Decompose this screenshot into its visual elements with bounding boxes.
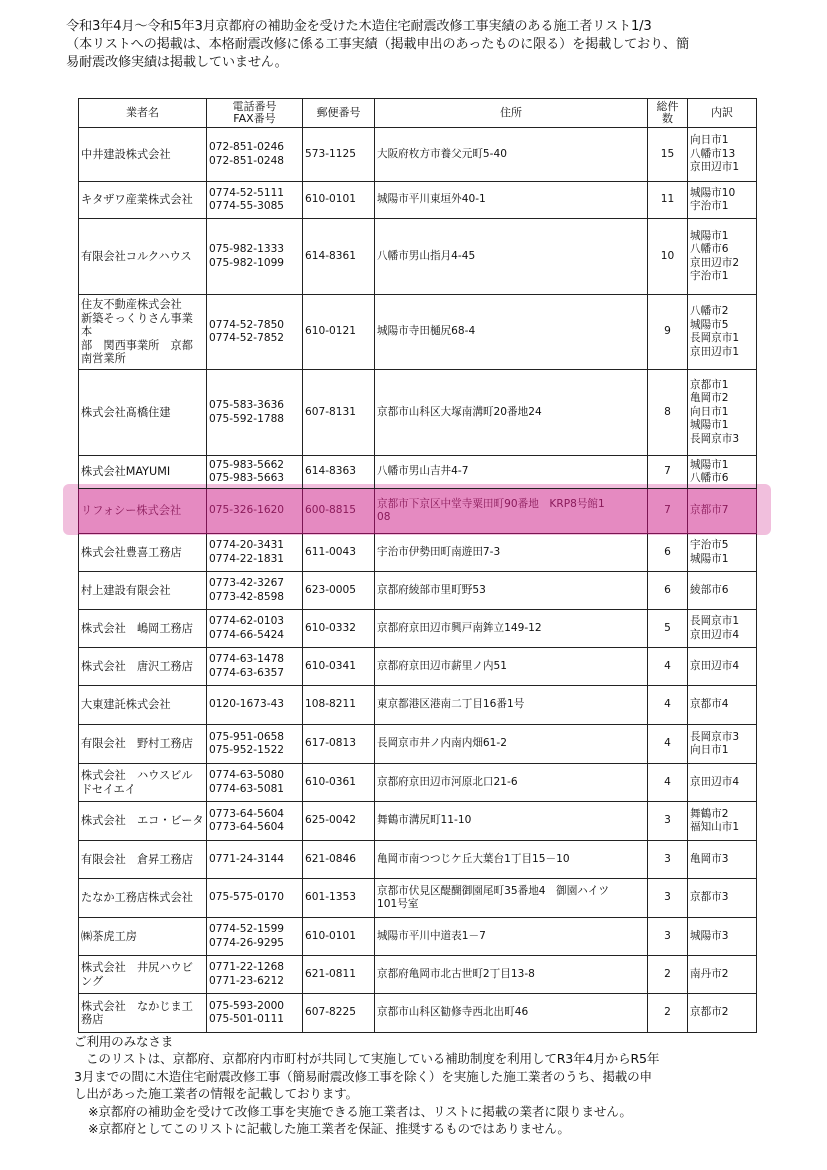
cell-breakdown: 長岡京市3向日市1 (688, 725, 757, 764)
cell-breakdown: 京都市1亀岡市2向日市1城陽市1長岡京市3 (688, 370, 757, 456)
cell-breakdown: 亀岡市3 (688, 841, 757, 879)
cell-company-name: 株式会社髙橋住建 (79, 370, 207, 456)
cell-postal-code: 621-0811 (303, 956, 375, 994)
cell-phone-fax: 075-593-2000075-501-0111 (207, 994, 303, 1033)
cell-postal-code: 610-0101 (303, 918, 375, 956)
cell-phone-fax: 0771-24-3144 (207, 841, 303, 879)
cell-total-count: 15 (648, 128, 688, 182)
contractor-table: 業者名 電話番号FAX番号 郵便番号 住所 総件数 内訳 中井建設株式会社072… (78, 98, 757, 1033)
cell-phone-fax: 0774-63-14780774-63-6357 (207, 648, 303, 686)
cell-company-name: たなか工務店株式会社 (79, 879, 207, 918)
cell-address: 長岡京市井ノ内南内畑61-2 (375, 725, 648, 764)
cell-company-name: 株式会社MAYUMI (79, 456, 207, 489)
cell-company-name: キタザワ産業株式会社 (79, 182, 207, 219)
cell-company-name: 株式会社 井尻ハウビング (79, 956, 207, 994)
cell-address: 舞鶴市溝尻町11-10 (375, 802, 648, 841)
cell-company-name: 株式会社 なかじま工務店 (79, 994, 207, 1033)
cell-total-count: 3 (648, 879, 688, 918)
cell-company-name: 大東建託株式会社 (79, 686, 207, 725)
cell-company-name: ㈱茶虎工房 (79, 918, 207, 956)
cell-company-name: 村上建設有限会社 (79, 572, 207, 610)
cell-breakdown: 京都市4 (688, 686, 757, 725)
table-row: 株式会社 ハウスビルドセイエイ0774-63-50800774-63-50816… (79, 764, 757, 802)
cell-postal-code: 614-8363 (303, 456, 375, 489)
cell-phone-fax: 075-583-3636075-592-1788 (207, 370, 303, 456)
cell-breakdown: 綾部市6 (688, 572, 757, 610)
title-line-1: 令和3年4月～令和5年3月京都府の補助金を受けた木造住宅耐震改修工事実績のある施… (66, 18, 766, 36)
cell-breakdown: 京田辺市4 (688, 764, 757, 802)
title-line-2: （本リストへの掲載は、本格耐震改修に係る工事実績（掲載申出のあったものに限る）を… (66, 36, 766, 54)
cell-phone-fax: 075-982-1333075-982-1099 (207, 219, 303, 295)
cell-postal-code: 601-1353 (303, 879, 375, 918)
cell-phone-fax: 075-575-0170 (207, 879, 303, 918)
cell-address: 城陽市平川東垣外40-1 (375, 182, 648, 219)
header-postal: 郵便番号 (303, 99, 375, 128)
table-row: 株式会社 嶋岡工務店0774-62-01030774-66-5424610-03… (79, 610, 757, 648)
table-row: 有限会社 倉昇工務店0771-24-3144621-0846亀岡市南つつじケ丘大… (79, 841, 757, 879)
notes-section: ご利用のみなさま このリストは、京都府、京都府内市町村が共同して実施している補助… (74, 1033, 794, 1137)
table-row: 株式会社髙橋住建075-583-3636075-592-1788607-8131… (79, 370, 757, 456)
notes-heading: ご利用のみなさま (74, 1033, 794, 1050)
cell-address: 城陽市平川中道表1－7 (375, 918, 648, 956)
cell-phone-fax: 0771-22-12680771-23-6212 (207, 956, 303, 994)
cell-total-count: 10 (648, 219, 688, 295)
cell-company-name: リフォシー株式会社 (79, 489, 207, 534)
cell-phone-fax: 075-983-5662075-983-5663 (207, 456, 303, 489)
cell-total-count: 4 (648, 686, 688, 725)
cell-postal-code: 610-0101 (303, 182, 375, 219)
document-title: 令和3年4月～令和5年3月京都府の補助金を受けた木造住宅耐震改修工事実績のある施… (66, 18, 766, 72)
table-row: 株式会社 エコ・ビータ0773-64-56040773-64-5604625-0… (79, 802, 757, 841)
cell-phone-fax: 0774-52-15990774-26-9295 (207, 918, 303, 956)
cell-breakdown: 城陽市10宇治市1 (688, 182, 757, 219)
table-header-row: 業者名 電話番号FAX番号 郵便番号 住所 総件数 内訳 (79, 99, 757, 128)
cell-total-count: 2 (648, 994, 688, 1033)
cell-company-name: 有限会社 倉昇工務店 (79, 841, 207, 879)
cell-postal-code: 573-1125 (303, 128, 375, 182)
notes-body-line-2: 3月までの間に木造住宅耐震改修工事（簡易耐震改修工事を除く）を実施した施工業者の… (74, 1068, 794, 1085)
cell-company-name: 株式会社 唐沢工務店 (79, 648, 207, 686)
cell-address: 大阪府枚方市養父元町5-40 (375, 128, 648, 182)
cell-breakdown: 京都市7 (688, 489, 757, 534)
header-address: 住所 (375, 99, 648, 128)
cell-phone-fax: 0774-62-01030774-66-5424 (207, 610, 303, 648)
cell-breakdown: 京田辺市4 (688, 648, 757, 686)
table-row: たなか工務店株式会社075-575-0170601-1353京都市伏見区醍醐御園… (79, 879, 757, 918)
cell-address: 京都市山科区勧修寺西北出町46 (375, 994, 648, 1033)
cell-postal-code: 600-8815 (303, 489, 375, 534)
cell-breakdown: 城陽市1八幡市6 (688, 456, 757, 489)
cell-phone-fax: 0774-20-34310774-22-1831 (207, 534, 303, 572)
cell-postal-code: 610-0332 (303, 610, 375, 648)
table-row: 株式会社 なかじま工務店075-593-2000075-501-0111607-… (79, 994, 757, 1033)
cell-phone-fax: 075-326-1620 (207, 489, 303, 534)
cell-total-count: 5 (648, 610, 688, 648)
cell-total-count: 7 (648, 489, 688, 534)
cell-company-name: 中井建設株式会社 (79, 128, 207, 182)
cell-phone-fax: 0774-63-50800774-63-5081 (207, 764, 303, 802)
cell-address: 京都市伏見区醍醐御園尾町35番地4 御園ハイツ101号室 (375, 879, 648, 918)
table-row: 中井建設株式会社072-851-0246072-851-0248573-1125… (79, 128, 757, 182)
notes-body-line-3: し出があった施工業者の情報を記載しております。 (74, 1085, 794, 1102)
cell-address: 京都府京田辺市薪里ノ内51 (375, 648, 648, 686)
cell-address: 八幡市男山吉井4-7 (375, 456, 648, 489)
cell-postal-code: 108-8211 (303, 686, 375, 725)
cell-company-name: 株式会社 エコ・ビータ (79, 802, 207, 841)
table-row: リフォシー株式会社075-326-1620600-8815京都市下京区中堂寺粟田… (79, 489, 757, 534)
table-row: キタザワ産業株式会社0774-52-51110774-55-3085610-01… (79, 182, 757, 219)
cell-address: 京都府亀岡市北古世町2丁目13-8 (375, 956, 648, 994)
title-line-3: 易耐震改修実績は掲載していません。 (66, 54, 766, 72)
cell-breakdown: 京都市3 (688, 879, 757, 918)
cell-phone-fax: 075-951-0658075-952-1522 (207, 725, 303, 764)
cell-total-count: 4 (648, 764, 688, 802)
notes-remark-1: ※京都府の補助金を受けて改修工事を実施できる施工業者は、リストに掲載の業者に限り… (74, 1103, 794, 1120)
table-row: 大東建託株式会社0120-1673-43108-8211東京都港区港南二丁目16… (79, 686, 757, 725)
cell-breakdown: 城陽市3 (688, 918, 757, 956)
cell-total-count: 8 (648, 370, 688, 456)
table-row: 株式会社MAYUMI075-983-5662075-983-5663614-83… (79, 456, 757, 489)
cell-address: 亀岡市南つつじケ丘大葉台1丁目15－10 (375, 841, 648, 879)
header-phone: 電話番号FAX番号 (207, 99, 303, 128)
cell-address: 東京都港区港南二丁目16番1号 (375, 686, 648, 725)
cell-company-name: 有限会社 野村工務店 (79, 725, 207, 764)
cell-company-name: 株式会社豊喜工務店 (79, 534, 207, 572)
cell-total-count: 4 (648, 725, 688, 764)
cell-total-count: 4 (648, 648, 688, 686)
header-breakdown: 内訳 (688, 99, 757, 128)
cell-total-count: 3 (648, 918, 688, 956)
cell-address: 宇治市伊勢田町南遊田7-3 (375, 534, 648, 572)
cell-company-name: 住友不動産株式会社新築そっくりさん事業本部 関西事業所 京都南営業所 (79, 295, 207, 370)
cell-breakdown: 舞鶴市2福知山市1 (688, 802, 757, 841)
cell-company-name: 株式会社 ハウスビルドセイエイ (79, 764, 207, 802)
table-body: 中井建設株式会社072-851-0246072-851-0248573-1125… (79, 128, 757, 1033)
cell-breakdown: 京都市2 (688, 994, 757, 1033)
cell-postal-code: 617-0813 (303, 725, 375, 764)
cell-total-count: 2 (648, 956, 688, 994)
table-row: 株式会社 唐沢工務店0774-63-14780774-63-6357610-03… (79, 648, 757, 686)
cell-postal-code: 625-0042 (303, 802, 375, 841)
cell-total-count: 6 (648, 572, 688, 610)
cell-phone-fax: 0120-1673-43 (207, 686, 303, 725)
cell-postal-code: 610-0341 (303, 648, 375, 686)
cell-phone-fax: 0774-52-78500774-52-7852 (207, 295, 303, 370)
cell-phone-fax: 072-851-0246072-851-0248 (207, 128, 303, 182)
cell-total-count: 9 (648, 295, 688, 370)
cell-postal-code: 621-0846 (303, 841, 375, 879)
table-row: 村上建設有限会社0773-42-32670773-42-8598623-0005… (79, 572, 757, 610)
cell-phone-fax: 0773-42-32670773-42-8598 (207, 572, 303, 610)
table-row: 有限会社 野村工務店075-951-0658075-952-1522617-08… (79, 725, 757, 764)
cell-total-count: 6 (648, 534, 688, 572)
table-row: ㈱茶虎工房0774-52-15990774-26-9295610-0101城陽市… (79, 918, 757, 956)
cell-company-name: 有限会社コルクハウス (79, 219, 207, 295)
cell-address: 八幡市男山指月4-45 (375, 219, 648, 295)
cell-breakdown: 向日市1八幡市13京田辺市1 (688, 128, 757, 182)
cell-postal-code: 611-0043 (303, 534, 375, 572)
header-name: 業者名 (79, 99, 207, 128)
cell-phone-fax: 0774-52-51110774-55-3085 (207, 182, 303, 219)
cell-postal-code: 623-0005 (303, 572, 375, 610)
cell-address: 京都府綾部市里町野53 (375, 572, 648, 610)
cell-company-name: 株式会社 嶋岡工務店 (79, 610, 207, 648)
cell-postal-code: 607-8131 (303, 370, 375, 456)
cell-breakdown: 長岡京市1京田辺市4 (688, 610, 757, 648)
cell-postal-code: 610-0121 (303, 295, 375, 370)
cell-breakdown: 城陽市1八幡市6京田辺市2宇治市1 (688, 219, 757, 295)
cell-address: 京都府京田辺市興戸南鉾立149-12 (375, 610, 648, 648)
cell-breakdown: 南丹市2 (688, 956, 757, 994)
cell-address: 京都市下京区中堂寺粟田町90番地 KRP8号館108 (375, 489, 648, 534)
cell-phone-fax: 0773-64-56040773-64-5604 (207, 802, 303, 841)
notes-body-line-1: このリストは、京都府、京都府内市町村が共同して実施している補助制度を利用してR3… (74, 1050, 794, 1067)
notes-remark-2: ※京都府としてこのリストに記載した施工業者を保証、推奨するものではありません。 (74, 1120, 794, 1137)
cell-total-count: 7 (648, 456, 688, 489)
cell-total-count: 3 (648, 802, 688, 841)
table-row: 株式会社豊喜工務店0774-20-34310774-22-1831611-004… (79, 534, 757, 572)
header-count: 総件数 (648, 99, 688, 128)
cell-postal-code: 614-8361 (303, 219, 375, 295)
cell-postal-code: 607-8225 (303, 994, 375, 1033)
cell-total-count: 3 (648, 841, 688, 879)
table-row: 住友不動産株式会社新築そっくりさん事業本部 関西事業所 京都南営業所0774-5… (79, 295, 757, 370)
cell-address: 京都市山科区大塚南溝町20番地24 (375, 370, 648, 456)
cell-address: 城陽市寺田樋尻68-4 (375, 295, 648, 370)
table-row: 有限会社コルクハウス075-982-1333075-982-1099614-83… (79, 219, 757, 295)
table-row: 株式会社 井尻ハウビング0771-22-12680771-23-6212621-… (79, 956, 757, 994)
cell-total-count: 11 (648, 182, 688, 219)
cell-address: 京都府京田辺市河原北口21-6 (375, 764, 648, 802)
cell-breakdown: 宇治市5城陽市1 (688, 534, 757, 572)
cell-postal-code: 610-0361 (303, 764, 375, 802)
cell-breakdown: 八幡市2城陽市5長岡京市1京田辺市1 (688, 295, 757, 370)
